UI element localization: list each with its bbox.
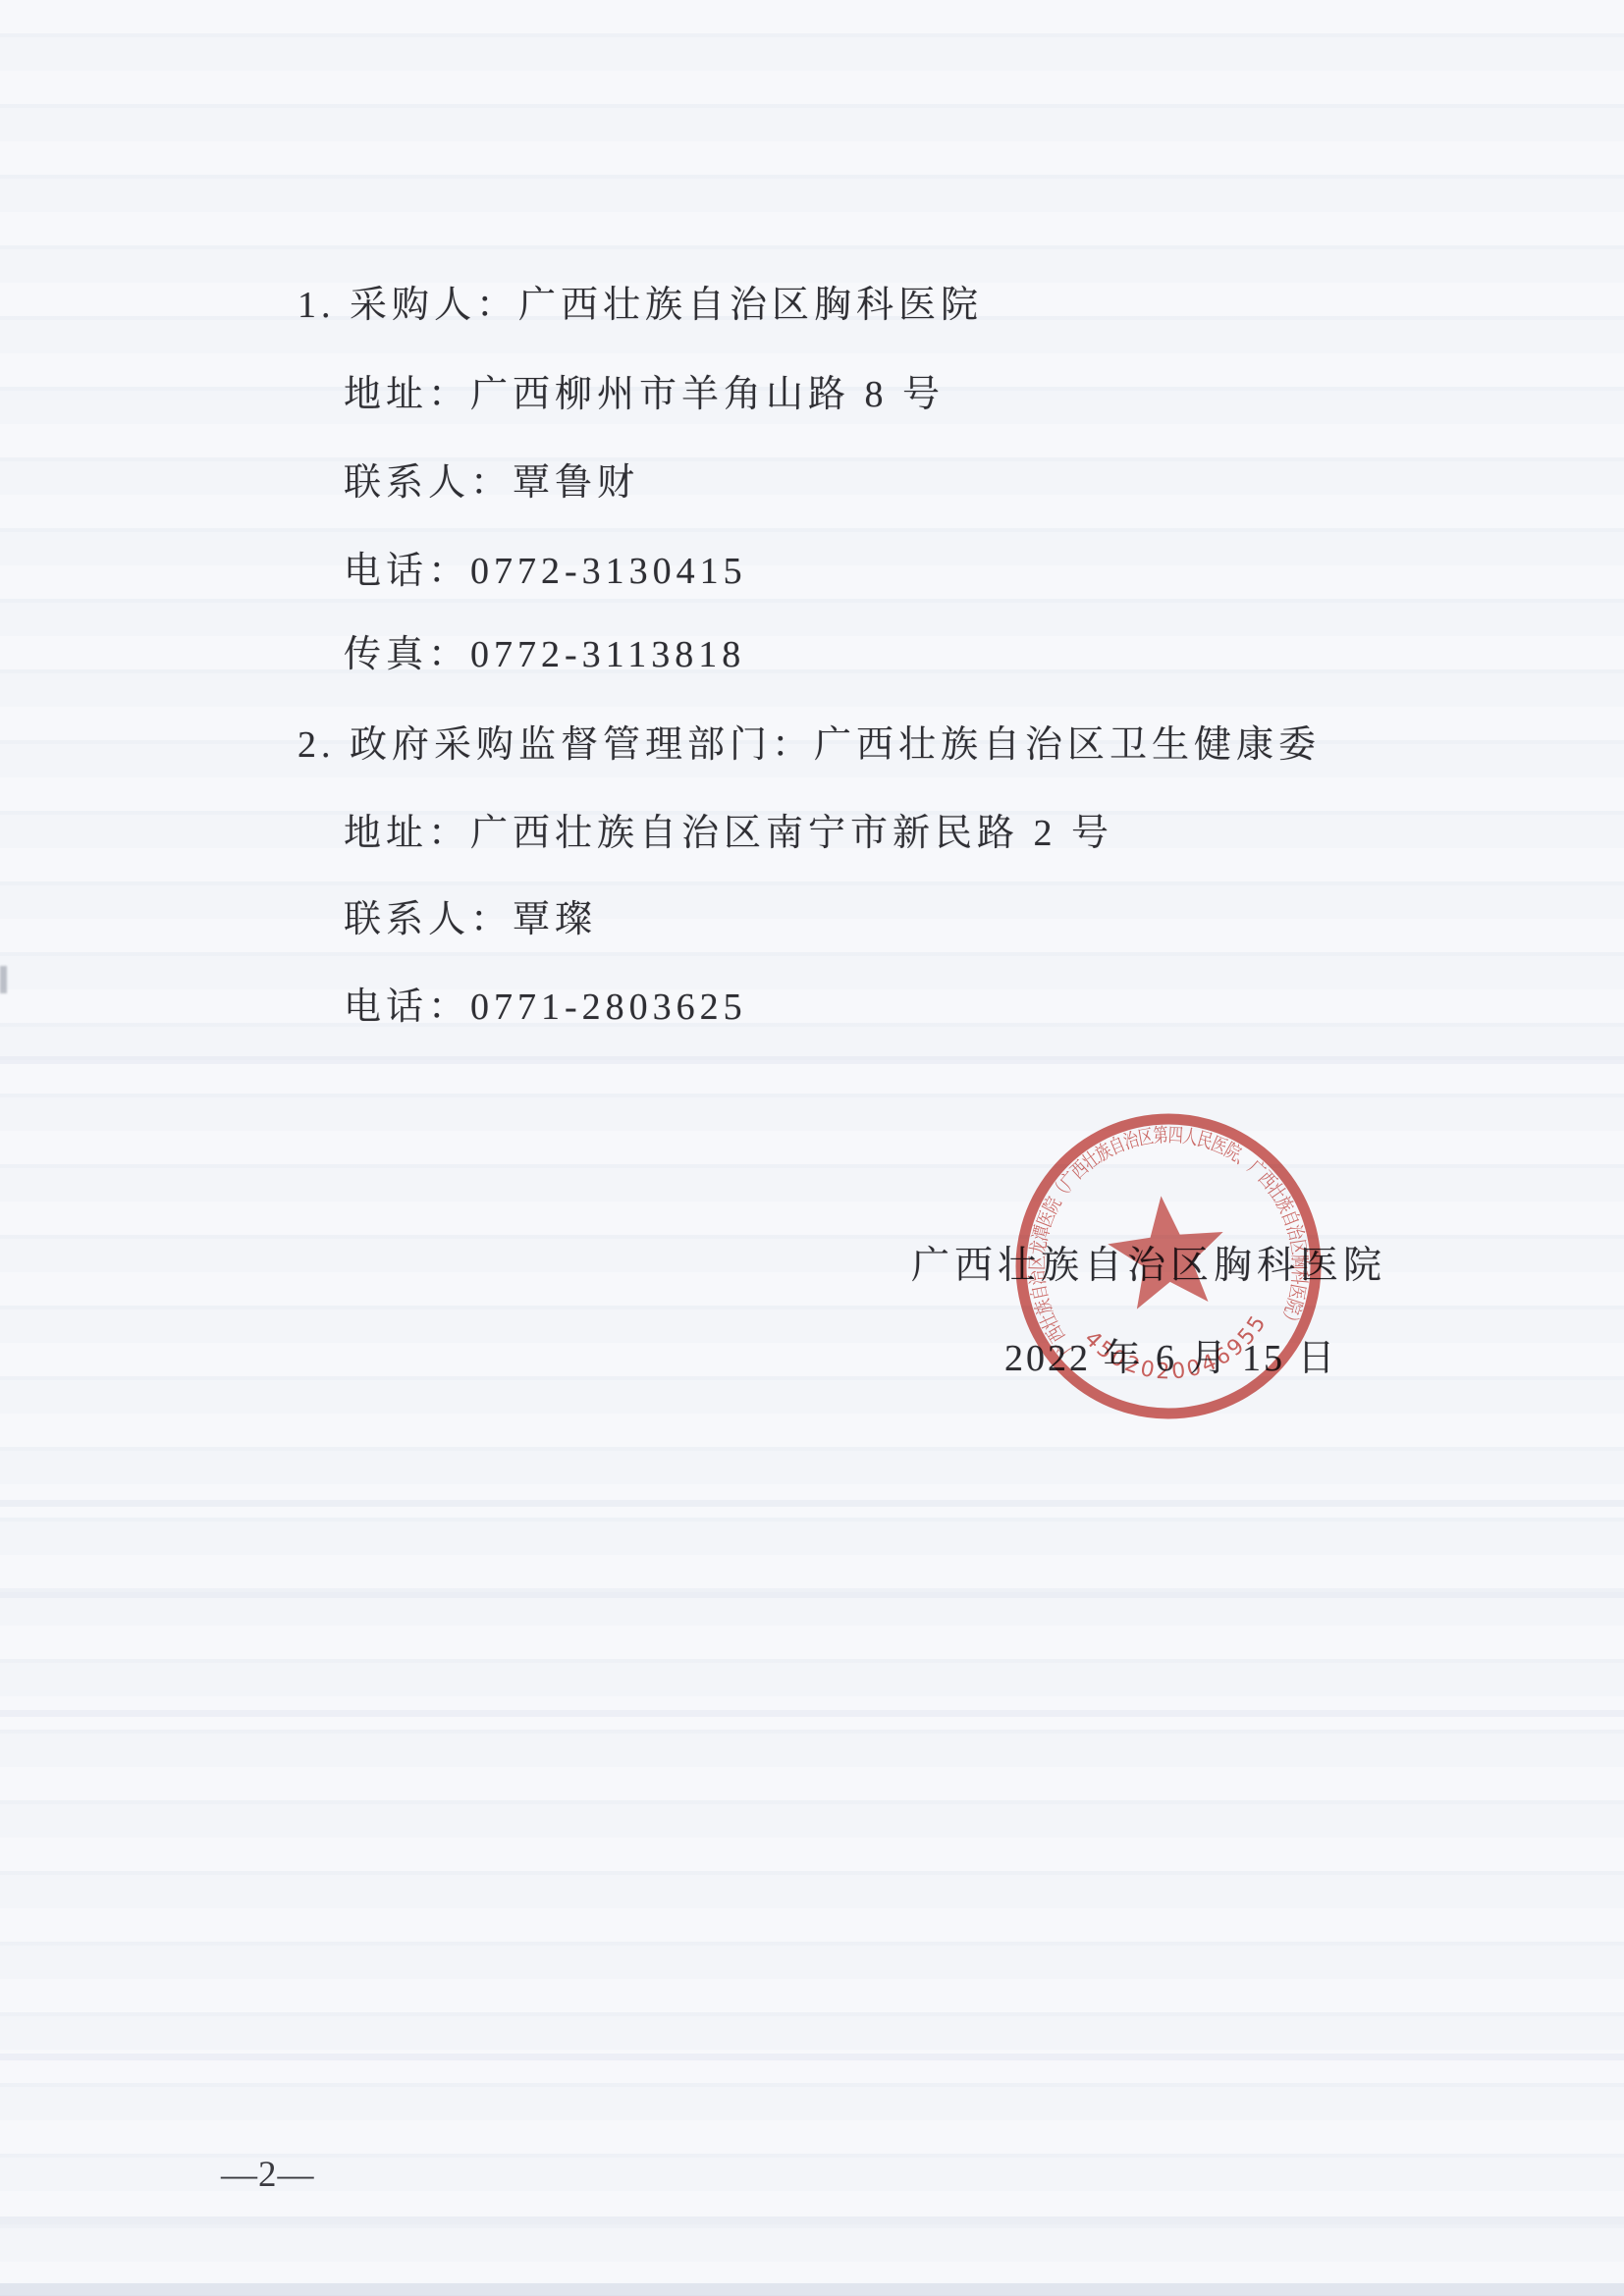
scan-smudge <box>0 966 7 993</box>
seal-star-icon <box>1104 1190 1230 1311</box>
doc-line-contact-2: 联系人：覃璨 <box>344 899 597 942</box>
scan-artifact-band <box>0 1500 1624 1507</box>
scan-artifact-band <box>0 2216 1624 2224</box>
doc-line-fax-1: 传真：0772-3113818 <box>344 634 745 677</box>
scan-artifact-band <box>0 1710 1624 1717</box>
doc-line-phone-1: 电话：0772-3130415 <box>344 551 747 594</box>
doc-line-address-1: 地址：广西柳州市羊角山路 8 号 <box>344 374 945 417</box>
doc-line-contact-1: 联系人：覃鲁财 <box>344 462 639 506</box>
scan-artifact-band <box>0 1056 1624 1064</box>
seal-serial-number: 4502020046955 <box>1077 1308 1277 1394</box>
doc-line-address-2: 地址：广西壮族自治区南宁市新民路 2 号 <box>344 813 1113 856</box>
svg-text:4502020046955: 4502020046955 <box>1077 1308 1277 1394</box>
page-number: —2— <box>221 2154 315 2196</box>
doc-line-purchaser: 1. 采购人：广西壮族自治区胸科医院 <box>298 285 983 328</box>
doc-line-phone-2: 电话：0771-2803625 <box>344 987 747 1030</box>
scan-artifact-band <box>0 2054 1624 2060</box>
doc-line-authority: 2. 政府采购监督管理部门：广西壮族自治区卫生健康委 <box>298 724 1321 768</box>
official-seal: 广西壮族自治区龙潭医院（广西壮族自治区第四人民医院、广西壮族自治区胸科医院） 4… <box>996 1094 1341 1439</box>
document-page: 1. 采购人：广西壮族自治区胸科医院 地址：广西柳州市羊角山路 8 号 联系人：… <box>0 0 1624 2296</box>
scan-artifact-band <box>0 1592 1624 1598</box>
scan-artifact-band <box>0 2283 1624 2296</box>
